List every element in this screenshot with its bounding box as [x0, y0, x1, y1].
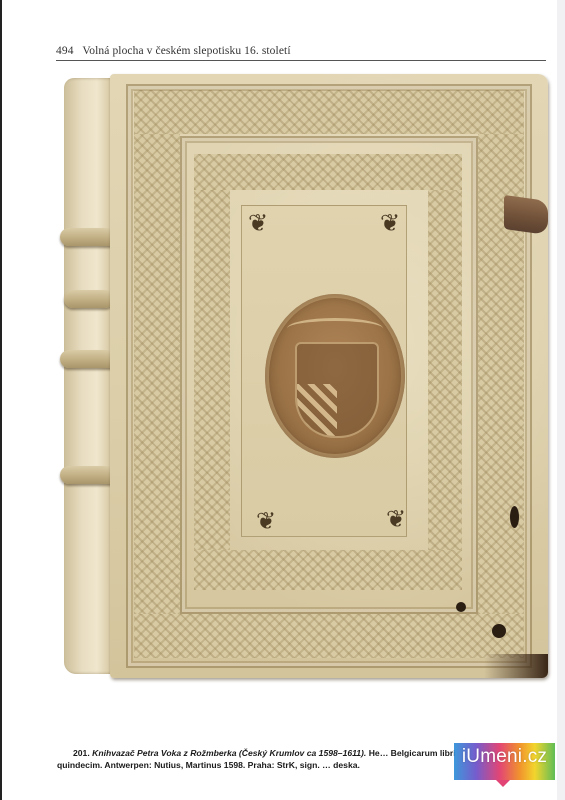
scan-edge-right — [557, 0, 565, 800]
page-number: 494 — [56, 45, 74, 57]
ink-stain — [510, 506, 519, 528]
coat-of-arms-shield — [295, 342, 379, 438]
inner-roll-right — [428, 190, 462, 550]
running-title: Volná plocha v českém slepotisku 16. sto… — [82, 45, 290, 57]
ink-stain — [456, 602, 466, 612]
shield-bend-stripes — [297, 384, 337, 436]
spine-raised-band — [64, 290, 114, 308]
binding-photograph: ❦ ❦ ❦ ❦ — [64, 74, 550, 678]
corner-fleuron-icon: ❦ — [245, 210, 271, 236]
scan-edge-left — [0, 0, 2, 800]
running-head: 494 Volná plocha v českém slepotisku 16.… — [56, 44, 546, 61]
supralibros-banner — [287, 318, 383, 339]
watermark-logo-text: iUmeni.cz — [454, 746, 555, 768]
figure-caption: 201. Knihvazač Petra Voka z Rožmberka (Č… — [57, 747, 457, 771]
leather-clasp-tie — [504, 195, 548, 235]
figure-title: Knihvazač Petra Voka z Rožmberka (Český … — [92, 748, 366, 758]
inner-roll-left — [194, 190, 230, 550]
inner-roll-top — [194, 154, 462, 190]
armorial-supralibros — [265, 294, 405, 458]
corner-fleuron-icon: ❦ — [377, 210, 403, 236]
figure-number: 201. — [57, 748, 90, 758]
worn-corner — [484, 654, 548, 678]
corner-fleuron-icon: ❦ — [253, 508, 279, 534]
ink-stain — [492, 624, 506, 638]
corner-fleuron-icon: ❦ — [383, 506, 409, 532]
inner-roll-bottom — [194, 550, 462, 590]
iumeni-watermark: iUmeni.cz — [454, 743, 555, 780]
